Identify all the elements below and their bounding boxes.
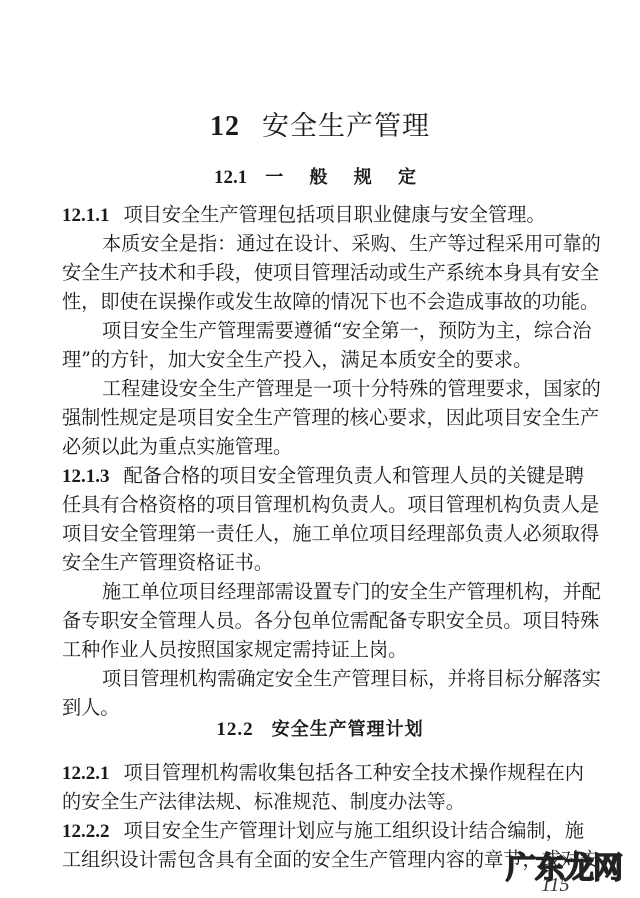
section-number: 12.2 <box>216 719 253 740</box>
line-text: 任具有合格资格的项目管理机构负责人。项目管理机构负责人是 <box>62 493 599 516</box>
text-line: 的安全生产法律法规、标准规范、制度办法等。 <box>62 787 584 816</box>
chapter-number: 12 <box>210 111 240 142</box>
clause-line: 12.2.1项目管理机构需收集包括各工种安全技术操作规程在内 <box>62 758 584 787</box>
text-line: 备专职安全管理人员。各分包单位需配备专职安全员。项目特殊 <box>62 606 584 635</box>
text-line: 必须以此为重点实施管理。 <box>62 432 584 461</box>
clause-line: 12.1.3配备合格的项目安全管理负责人和管理人员的关键是聘 <box>62 461 584 490</box>
text-line: 工种作业人员按照国家规定需持证上岗。 <box>62 635 584 664</box>
page-number: 115 <box>541 874 570 897</box>
line-text: 施工单位项目经理部需设置专门的安全生产管理机构，并配 <box>102 580 601 603</box>
chapter-title: 12安全生产管理 <box>0 104 640 143</box>
chapter-title-text: 安全生产管理 <box>262 111 430 142</box>
line-text: 项目安全管理第一责任人，施工单位项目经理部负责人必须取得 <box>62 522 599 545</box>
line-text: 的安全生产法律法规、标准规范、制度办法等。 <box>62 790 465 813</box>
section-title-12-2: 12.2安全生产管理计划 <box>0 715 640 741</box>
line-text: 配备合格的项目安全管理负责人和管理人员的关键是聘 <box>124 464 585 487</box>
document-page: 12安全生产管理 12.1一 般 规 定 12.1.1项目安全生产管理包括项目职… <box>0 0 640 898</box>
text-line: 项目管理机构需确定安全生产管理目标，并将目标分解落实 <box>62 664 584 693</box>
line-text: 理”的方针，加大安全生产投入，满足本质安全的要求。 <box>62 348 532 371</box>
line-text: 项目管理机构需确定安全生产管理目标，并将目标分解落实 <box>102 667 601 690</box>
text-line: 任具有合格资格的项目管理机构负责人。项目管理机构负责人是 <box>62 490 584 519</box>
line-text: 本质安全是指：通过在设计、采购、生产等过程采用可靠的 <box>102 232 601 255</box>
text-line: 理”的方针，加大安全生产投入，满足本质安全的要求。 <box>62 345 584 374</box>
section-title-text: 一 般 规 定 <box>265 167 426 188</box>
text-line: 安全生产技术和手段，使项目管理活动或生产系统本身具有安全 <box>62 258 584 287</box>
line-text: 强制性规定是项目安全生产管理的核心要求，因此项目安全生产 <box>62 406 599 429</box>
clause-number: 12.2.2 <box>62 821 110 842</box>
line-text: 备专职安全管理人员。各分包单位需配备专职安全员。项目特殊 <box>62 609 599 632</box>
clause-number: 12.1.3 <box>62 466 110 487</box>
text-line: 性，即使在误操作或发生故障的情况下也不会造成事故的功能。 <box>62 287 584 316</box>
line-text: 安全生产技术和手段，使项目管理活动或生产系统本身具有安全 <box>62 261 599 284</box>
text-line: 工程建设安全生产管理是一项十分特殊的管理要求，国家的 <box>62 374 584 403</box>
line-text: 项目安全生产管理包括项目职业健康与安全管理。 <box>124 203 546 226</box>
line-text: 工程建设安全生产管理是一项十分特殊的管理要求，国家的 <box>102 377 601 400</box>
line-text: 工种作业人员按照国家规定需持证上岗。 <box>62 638 407 661</box>
text-line: 强制性规定是项目安全生产管理的核心要求，因此项目安全生产 <box>62 403 584 432</box>
line-text: 项目安全生产管理需要遵循“安全第一，预防为主，综合治 <box>102 319 592 342</box>
section-title-text: 安全生产管理计划 <box>272 719 424 740</box>
line-text: 性，即使在误操作或发生故障的情况下也不会造成事故的功能。 <box>62 290 599 313</box>
line-text: 项目管理机构需收集包括各工种安全技术操作规程在内 <box>124 761 585 784</box>
clause-number: 12.2.1 <box>62 763 110 784</box>
line-text: 必须以此为重点实施管理。 <box>62 435 292 458</box>
line-text: 安全生产管理资格证书。 <box>62 551 273 574</box>
text-line: 安全生产管理资格证书。 <box>62 548 584 577</box>
text-line: 项目安全管理第一责任人，施工单位项目经理部负责人必须取得 <box>62 519 584 548</box>
clause-line: 12.2.2项目安全生产管理计划应与施工组织设计结合编制，施 <box>62 816 584 845</box>
text-line: 本质安全是指：通过在设计、采购、生产等过程采用可靠的 <box>62 229 584 258</box>
text-line: 项目安全生产管理需要遵循“安全第一，预防为主，综合治 <box>62 316 584 345</box>
section-title-12-1: 12.1一 般 规 定 <box>0 163 640 189</box>
section-12-1-body: 12.1.1项目安全生产管理包括项目职业健康与安全管理。本质安全是指：通过在设计… <box>62 200 584 722</box>
section-number: 12.1 <box>214 167 247 188</box>
clause-line: 12.1.1项目安全生产管理包括项目职业健康与安全管理。 <box>62 200 584 229</box>
line-text: 项目安全生产管理计划应与施工组织设计结合编制，施 <box>124 819 585 842</box>
text-line: 施工单位项目经理部需设置专门的安全生产管理机构，并配 <box>62 577 584 606</box>
clause-number: 12.1.1 <box>62 205 110 226</box>
